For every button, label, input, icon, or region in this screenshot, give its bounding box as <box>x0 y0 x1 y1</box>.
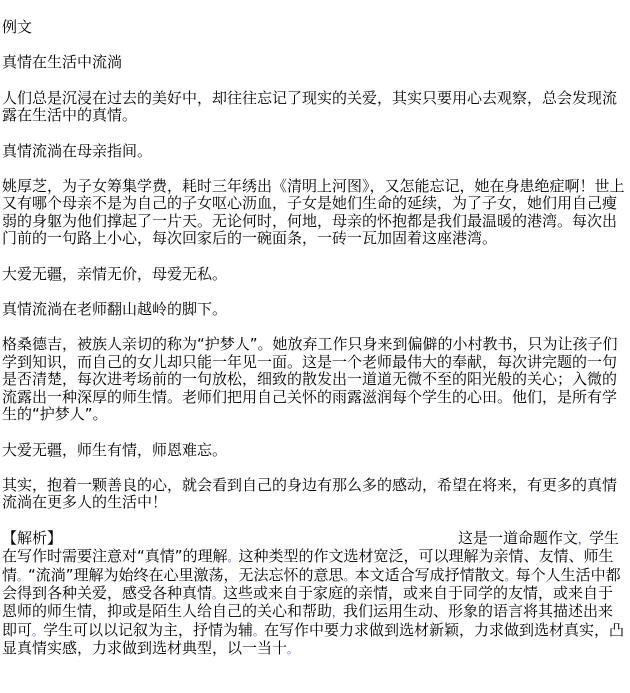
blue-punctuation: 。 <box>344 570 355 583</box>
analysis-spacer <box>62 542 458 543</box>
essay-paragraph: 格桑德吉，被族人亲切的称为“护梦人”。她放弃工作只身来到偏僻的小村教书，只为让孩… <box>2 336 628 423</box>
essay-label: 例文 <box>2 19 628 36</box>
analysis-text: 这是一道命题作文，学生在写作时需要注意对“真情”的理解。这种类型的作文选材宽泛，… <box>2 529 624 657</box>
essay-title: 真情在生活中流淌 <box>2 54 628 71</box>
essay-paragraph: 真情流淌在老师翻山越岭的脚下。 <box>2 301 628 318</box>
analysis-paragraph: 【解析】这是一道命题作文，学生在写作时需要注意对“真情”的理解。这种类型的作文选… <box>2 530 628 659</box>
blue-punctuation: ， <box>332 606 343 619</box>
analysis-label: 【解析】 <box>2 529 62 547</box>
blue-punctuation: 。 <box>228 551 239 564</box>
blue-punctuation: 。 <box>505 570 516 583</box>
essay-paragraph: 其实，抱着一颗善良的心，就会看到自己的身边有那么多的感动，希望在将来，有更多的真… <box>2 477 628 512</box>
blue-punctuation: 。 <box>287 643 298 656</box>
blue-punctuation: 。 <box>253 625 264 638</box>
essay-paragraph: 姚厚芝，为子女筹集学费，耗时三年绣出《清明上河图》，又怎能忘记，她在身患绝症啊！… <box>2 178 628 248</box>
essay-paragraph: 大爱无疆，师生有情，师恩难忘。 <box>2 442 628 459</box>
essay-paragraph: 人们总是沉浸在过去的美好中，却往往忘记了现实的关爱，其实只要用心去观察，总会发现… <box>2 90 628 125</box>
blue-punctuation: 。 <box>212 588 223 601</box>
document-page: 例文 真情在生活中流淌 人们总是沉浸在过去的美好中，却往往忘记了现实的关爱，其实… <box>0 0 628 659</box>
essay-body: 人们总是沉浸在过去的美好中，却往往忘记了现实的关爱，其实只要用心去观察，总会发现… <box>2 90 628 512</box>
essay-paragraph: 大爱无疆，亲情无价，母爱无私。 <box>2 266 628 283</box>
blue-punctuation: ， <box>578 533 589 546</box>
essay-paragraph: 真情流淌在母亲指间。 <box>2 143 628 160</box>
blue-punctuation: 。 <box>32 625 43 638</box>
blue-punctuation: 。 <box>17 570 28 583</box>
